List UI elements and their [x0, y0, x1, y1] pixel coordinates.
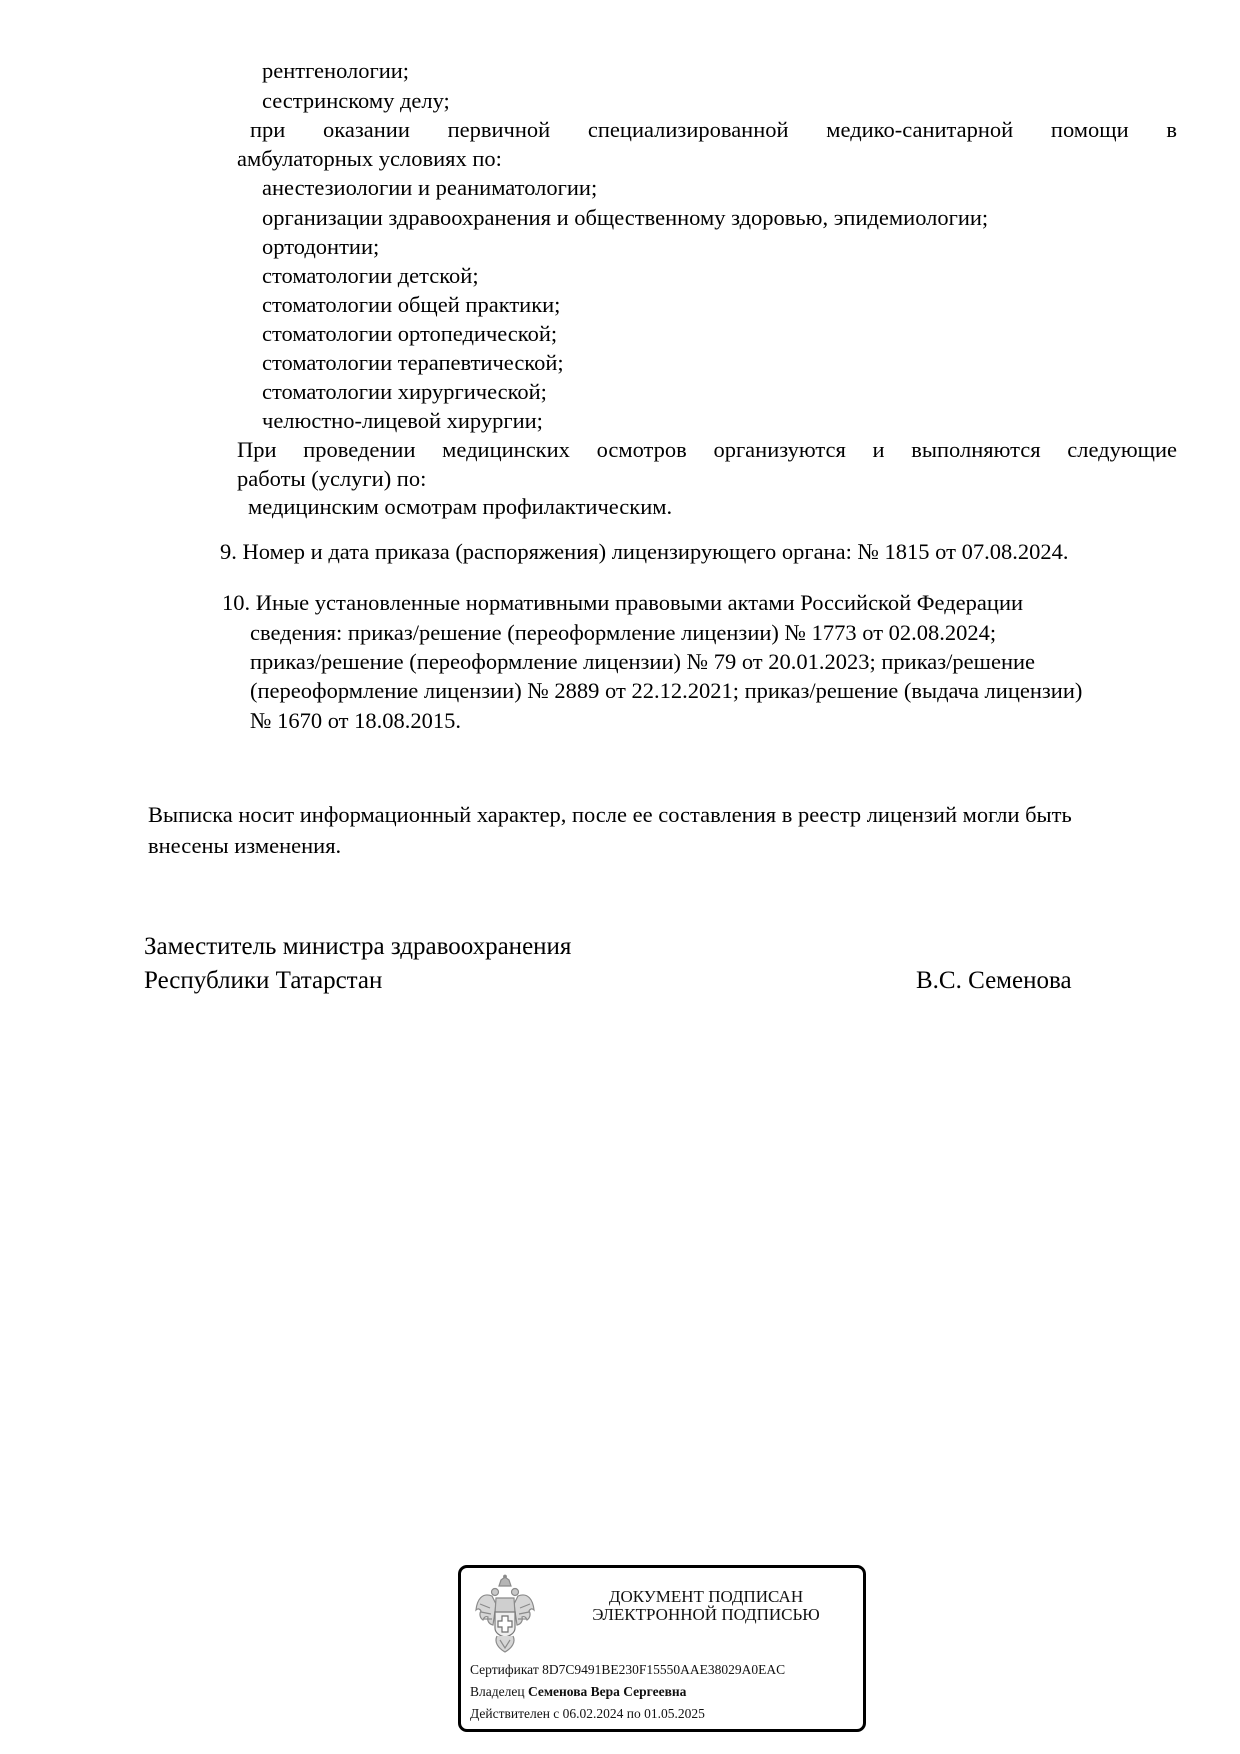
- exams-intro-cont: работы (услуги) по:: [237, 466, 426, 492]
- list-item: анестезиологии и реаниматологии;: [262, 175, 597, 201]
- section-10-line: приказ/решение (переоформление лицензии)…: [250, 649, 1035, 675]
- list-item: челюстно-лицевой хирургии;: [262, 408, 543, 434]
- list-item: стоматологии общей практики;: [262, 292, 560, 318]
- section-9: 9. Номер и дата приказа (распоряжения) л…: [220, 539, 1068, 565]
- disclaimer-note-cont: внесены изменения.: [148, 833, 341, 859]
- list-item: организации здравоохранения и общественн…: [262, 205, 988, 231]
- owner-name: Семенова Вера Сергеевна: [528, 1684, 687, 1699]
- document-page: рентгенологии; сестринскому делу; при ок…: [0, 0, 1240, 1754]
- stamp-title-cont: ЭЛЕКТРОННОЙ ПОДПИСЬЮ: [561, 1606, 851, 1624]
- coat-of-arms-icon: [472, 1574, 538, 1654]
- list-item: стоматологии хирургической;: [262, 379, 547, 405]
- certificate-value: 8D7C9491BE230F15550AAE38029A0EAC: [542, 1662, 785, 1677]
- exams-intro: При проведении медицинских осмотров орга…: [237, 437, 1177, 463]
- owner-label: Владелец: [470, 1684, 525, 1699]
- certificate-label: Сертификат: [470, 1662, 539, 1677]
- signatory-position-cont: Республики Татарстан: [144, 966, 382, 996]
- section-10-heading: 10. Иные установленные нормативными прав…: [222, 590, 1023, 616]
- outpatient-intro: при оказании первичной специализированно…: [250, 117, 1177, 143]
- owner-line: Владелец Семенова Вера Сергеевна: [470, 1684, 686, 1700]
- signatory-name: В.С. Семенова: [916, 966, 1072, 996]
- list-item: рентгенологии;: [262, 58, 409, 84]
- section-10-line: (переоформление лицензии) № 2889 от 22.1…: [250, 678, 1082, 704]
- stamp-title: ДОКУМЕНТ ПОДПИСАН: [561, 1588, 851, 1606]
- outpatient-intro-cont: амбулаторных условиях по:: [237, 146, 502, 172]
- list-item: медицинским осмотрам профилактическим.: [248, 494, 672, 520]
- disclaimer-note: Выписка носит информационный характер, п…: [148, 802, 1072, 828]
- e-signature-stamp: ДОКУМЕНТ ПОДПИСАН ЭЛЕКТРОННОЙ ПОДПИСЬЮ С…: [458, 1565, 866, 1732]
- list-item: сестринскому делу;: [262, 88, 450, 114]
- list-item: стоматологии ортопедической;: [262, 321, 557, 347]
- signatory-position: Заместитель министра здравоохранения: [144, 932, 571, 962]
- list-item: стоматологии терапевтической;: [262, 350, 564, 376]
- list-item: ортодонтии;: [262, 234, 379, 260]
- list-item: стоматологии детской;: [262, 263, 479, 289]
- section-10-line: сведения: приказ/решение (переоформление…: [250, 620, 996, 646]
- certificate-line: Сертификат 8D7C9491BE230F15550AAE38029A0…: [470, 1662, 785, 1678]
- validity-line: Действителен с 06.02.2024 по 01.05.2025: [470, 1706, 705, 1722]
- section-10-line: № 1670 от 18.08.2015.: [250, 708, 461, 734]
